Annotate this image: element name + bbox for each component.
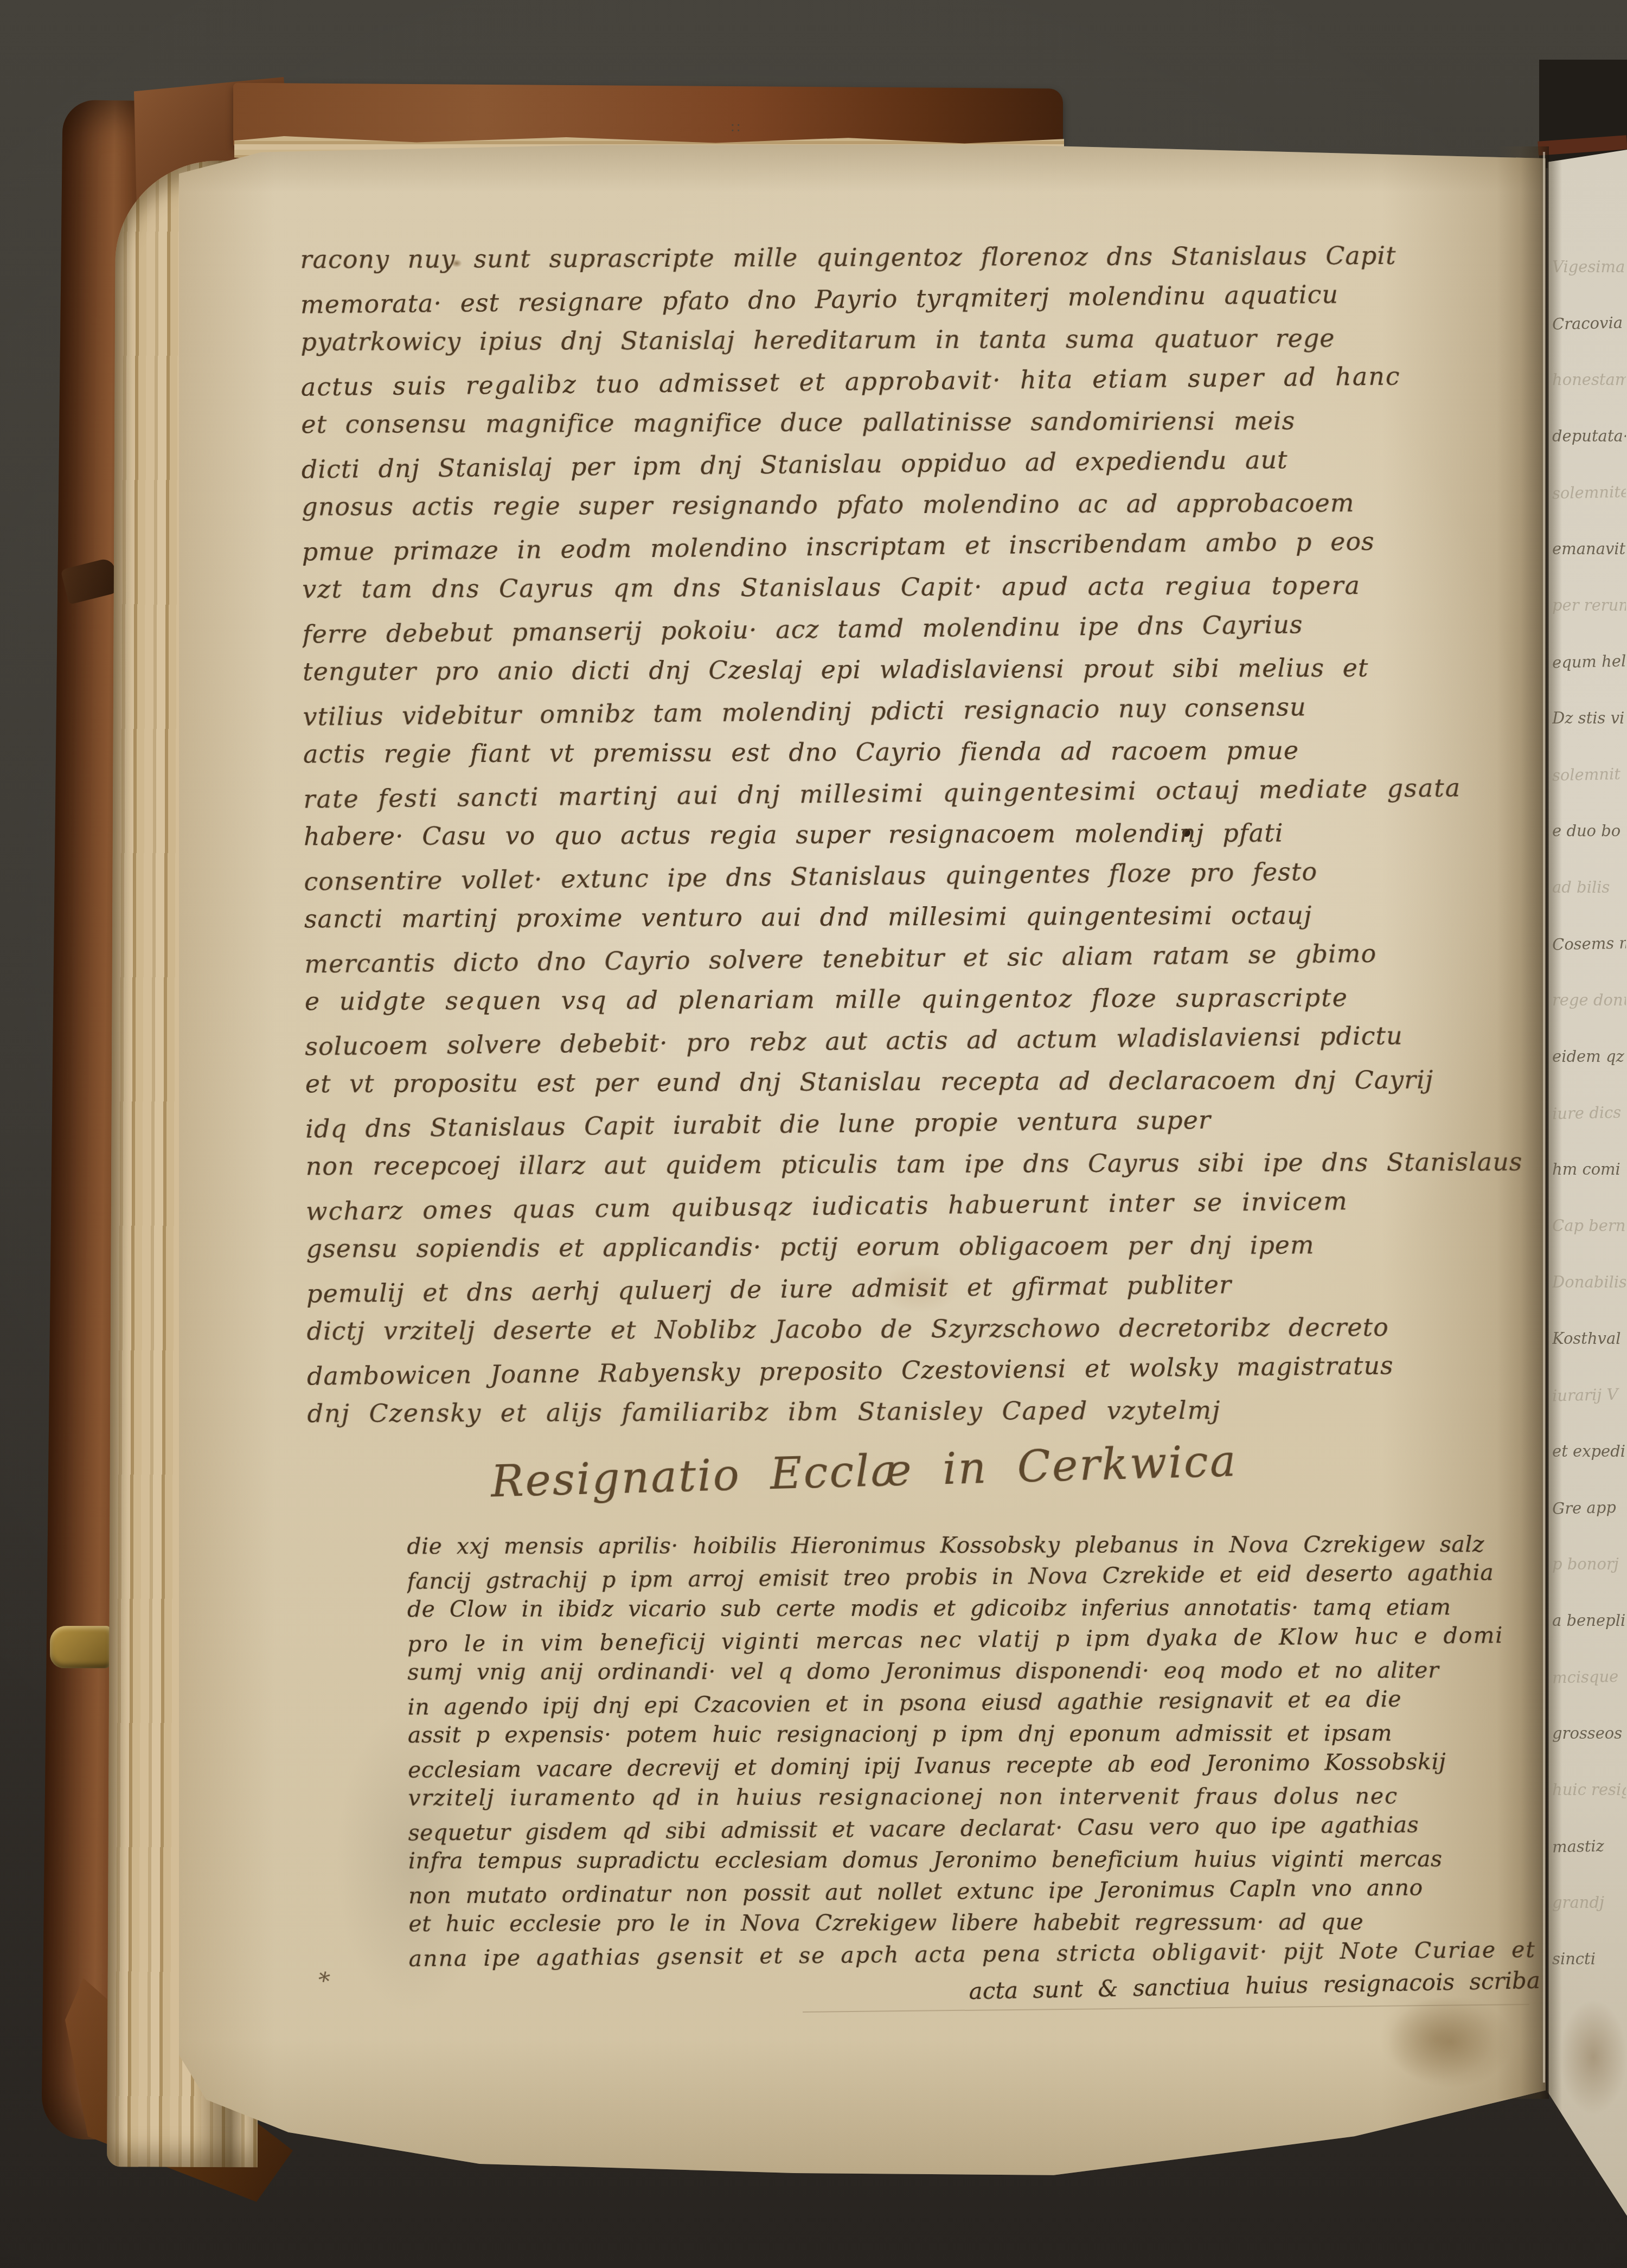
paragraph-1: racony nuy sunt suprascripte mille quing… <box>300 233 1554 1436</box>
adjacent-page-line: et expedia <box>1552 1423 1626 1479</box>
adjacent-page-line: Cap berno <box>1552 1197 1626 1254</box>
adjacent-page-line: eidem qz <box>1552 1028 1626 1085</box>
manuscript-line: fancij gstrachij p ipm arroj emisit treo… <box>407 1556 1551 1597</box>
adjacent-page-line: mcisque <box>1552 1648 1626 1706</box>
adjacent-page-line: Cracovia m <box>1552 294 1626 353</box>
manuscript-line: in agendo ipij dnj epi Czacovien et in p… <box>407 1682 1552 1722</box>
manuscript-line: pro le in vim beneficij viginti mercas n… <box>407 1619 1552 1660</box>
adjacent-page-line: solemniters <box>1552 464 1626 522</box>
manuscript-line: dnj Czensky et alijs familiaribz ibm Sta… <box>307 1388 1554 1434</box>
manuscript-line: sumj vnig anij ordinandi· vel q domo Jer… <box>407 1654 1552 1688</box>
adjacent-page-line: a beneplito <box>1552 1592 1626 1649</box>
adjacent-page-line: e duo bo <box>1552 803 1626 859</box>
manuscript-line: non mutato ordinatur non possit aut noll… <box>408 1870 1553 1911</box>
adjacent-page-line: per rerum <box>1552 577 1626 633</box>
archival-photo-background: Vigesima pCracovia mhonestam kadeputata·… <box>0 0 1627 2268</box>
adjacent-page-line: p bonorj <box>1552 1536 1626 1592</box>
adjacent-page-line: Gre app <box>1552 1479 1626 1537</box>
adjacent-page-line: deputata· q <box>1552 408 1626 464</box>
adjacent-page-line: emanavit· C <box>1552 521 1626 577</box>
manuscript-line: de Clow in ibidz vicario sub certe modis… <box>407 1591 1552 1625</box>
adjacent-page-line: huic resig <box>1552 1761 1626 1818</box>
adjacent-page-line: iurarij V <box>1552 1366 1626 1424</box>
adjacent-page-line: sincti <box>1552 1931 1626 1987</box>
manuscript-line: sequetur gisdem qd sibi admissit et vaca… <box>408 1808 1552 1848</box>
adjacent-page-line: Donabilis <box>1552 1254 1626 1310</box>
adjacent-page-line: grandj <box>1552 1874 1626 1931</box>
adjacent-page-line: iure dics <box>1552 1084 1626 1142</box>
adjacent-page-text: Vigesima pCracovia mhonestam kadeputata·… <box>1552 239 1626 2158</box>
adjacent-page-line: Vigesima p <box>1552 239 1626 295</box>
manuscript-line: et huic ecclesie pro le in Nova Czrekige… <box>408 1906 1553 1939</box>
adjacent-page-line: Dz stis vi <box>1552 690 1626 746</box>
adjacent-page-line: mastiz <box>1552 1817 1626 1875</box>
stain <box>1388 1996 1513 2088</box>
manuscript-line: vrzitelj iuramento qd in huius resignaci… <box>408 1780 1552 1814</box>
manuscript-line: infra tempus supradictu ecclesiam domus … <box>408 1843 1553 1876</box>
stain <box>1560 2000 1627 2114</box>
adjacent-page-line: equm heli <box>1552 633 1626 691</box>
brass-clasp-fitting <box>50 1626 111 1668</box>
top-edge-mark: ∷ <box>731 120 742 137</box>
adjacent-page-line: hm comi <box>1552 1141 1626 1197</box>
adjacent-page-line: Kosthval <box>1552 1310 1626 1367</box>
adjacent-page-line: rege donu <box>1552 972 1626 1028</box>
manuscript-line: assit p expensis· potem huic resignacion… <box>408 1717 1552 1751</box>
adjacent-page-line: grosseos <box>1552 1705 1626 1761</box>
manuscript-line: die xxj mensis aprilis· hoibilis Hieroni… <box>407 1528 1551 1562</box>
adjacent-page-line: Cosems m <box>1552 915 1626 973</box>
adjacent-page-line: ad bilis <box>1552 859 1626 915</box>
adjacent-page-line: solemnit <box>1552 746 1626 804</box>
adjacent-page-line: honestam ka <box>1552 351 1626 408</box>
manuscript-line: ecclesiam vacare decrevij et dominj ipij… <box>408 1745 1552 1785</box>
paragraph-2: die xxj mensis aprilis· hoibilis Hieroni… <box>407 1527 1553 1972</box>
